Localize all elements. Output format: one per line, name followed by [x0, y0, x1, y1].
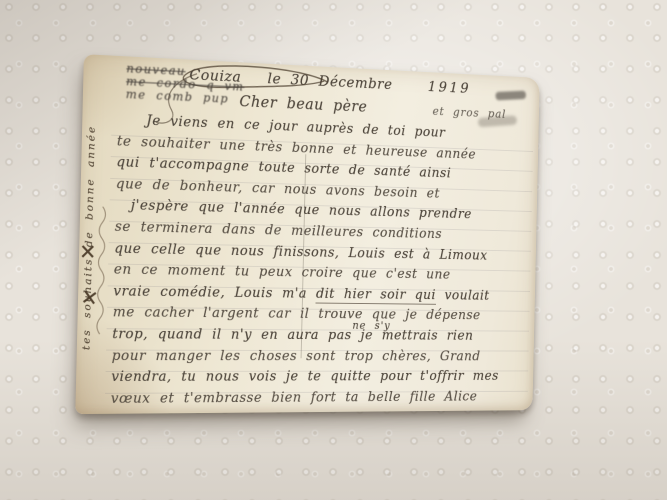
body-line: viendra, tu nous vois je te quitte pour …: [111, 369, 527, 391]
body-line: vœux et t'embrasse bien fort ta belle fi…: [110, 389, 526, 412]
body-line-text: trop, quand il n'y en aura pas je mettra…: [112, 326, 473, 343]
cross-mark: ✕: [79, 285, 100, 311]
pencil-scribbles: nouveau me cordo q vm me comb pup: [126, 62, 245, 106]
interline-insertion: ne s'y: [352, 319, 390, 332]
date-text: le 30 Décembre: [267, 70, 392, 93]
postcard-text-area: nouveau me cordo q vm me comb pup Couiza…: [75, 54, 539, 414]
pencil-note: et gros pal: [432, 104, 506, 120]
margin-squiggle: [93, 206, 110, 336]
body-line: me cacher l'argent car il trouve que je …: [113, 305, 528, 329]
body-line: ne s'y trop, quand il n'y en aura pas je…: [112, 326, 527, 349]
photo-scene: nouveau me cordo q vm me comb pup Couiza…: [0, 0, 667, 500]
cross-mark: ✕: [79, 240, 97, 264]
body-line-part: vraie comédie, Louis m'a: [113, 283, 316, 301]
underlined-words: dit hier soir qui: [316, 286, 436, 305]
body-line-part: voulait: [436, 288, 490, 304]
postcard: nouveau me cordo q vm me comb pup Couiza…: [75, 54, 539, 414]
year-text: 1919: [428, 78, 472, 97]
body-line: pour manger les choses sont trop chères,…: [111, 348, 527, 369]
